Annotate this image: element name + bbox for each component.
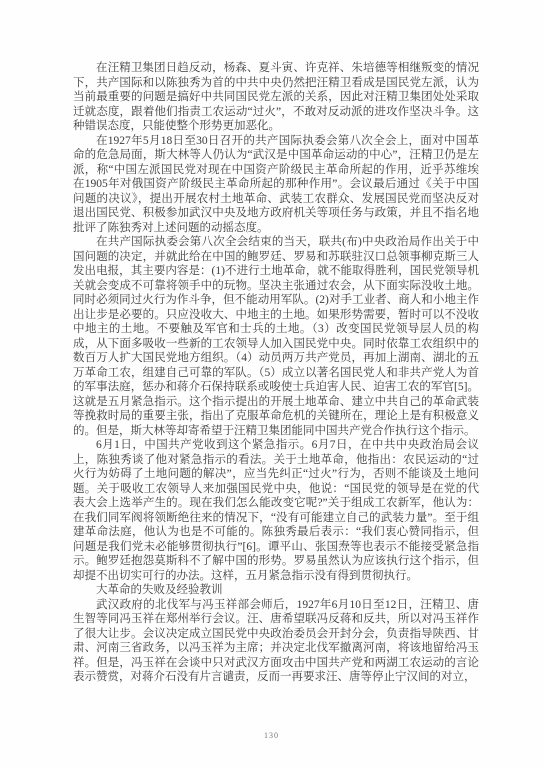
paragraph-zhengzhou-conference: 武汉政府的北伐军与冯玉祥部会师后，1927年6月10日至12日，汪精卫、唐生智等…	[73, 598, 479, 685]
page-number: 130	[0, 731, 543, 740]
book-page: 在汪精卫集团日趋反动，杨森、夏斗寅、许克祥、朱培德等相继叛变的情况下，共产国际和…	[0, 0, 543, 768]
paragraph-wang-jingwei-leftist: 在汪精卫集团日趋反动，杨森、夏斗寅、许克祥、朱培德等相继叛变的情况下，共产国际和…	[73, 61, 479, 134]
page-body-text: 在汪精卫集团日趋反动，杨森、夏斗寅、许克祥、朱培德等相继叛变的情况下，共产国际和…	[73, 61, 479, 685]
paragraph-chen-duxiu-response: 6月1日，中国共产党收到这个紧急指示。6月7日，在中共中央政治局会议上，陈独秀谈…	[73, 438, 479, 583]
paragraph-comintern-eighth-plenum: 在1927年5月18日至30日召开的共产国际执委会第八次全会上，面对中国革命的危…	[73, 134, 479, 236]
paragraph-may-emergency-directive: 在共产国际执委会第八次全会结束的当天，联共(布)中央政治局作出关于中国问题的决定…	[73, 235, 479, 438]
section-heading: 大革命的失败及经验教训	[73, 583, 479, 598]
